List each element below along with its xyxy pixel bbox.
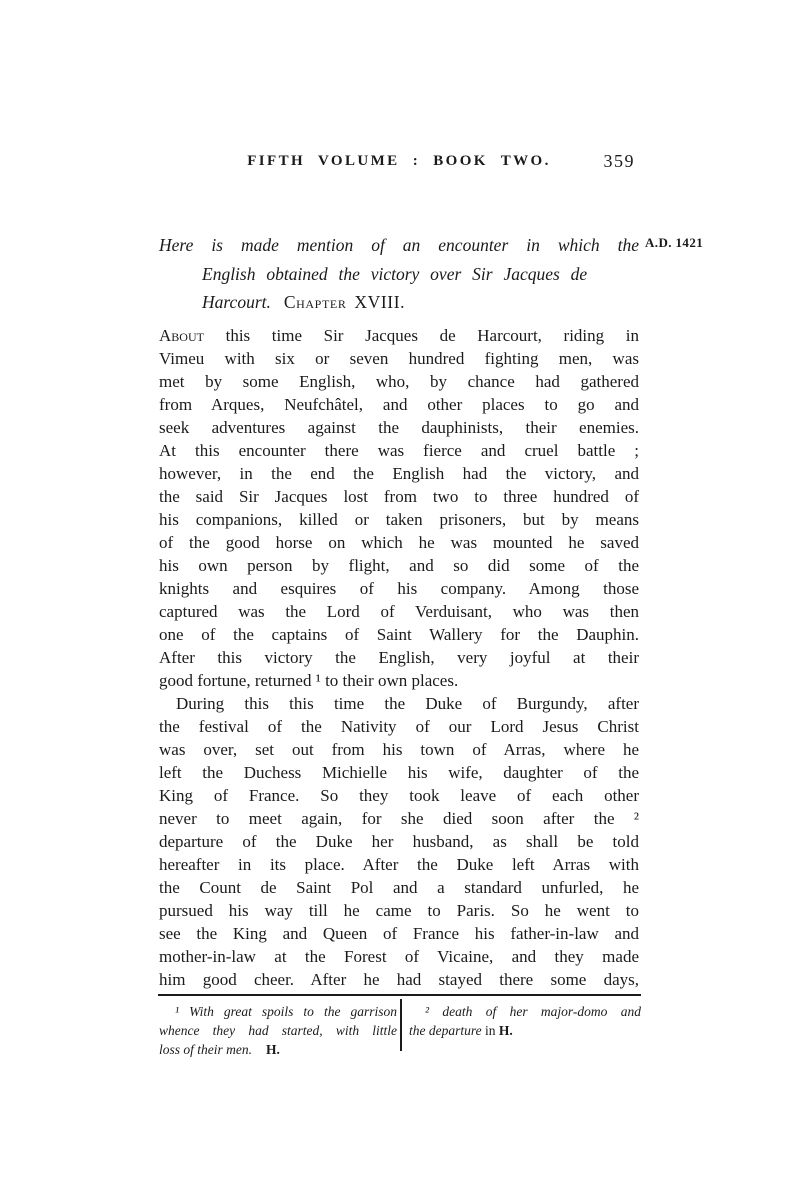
footnote-line: whence they had started, with little xyxy=(159,1021,397,1040)
footnote-text: in xyxy=(485,1023,496,1038)
body-line: from Arques, Neufchâtel, and other place… xyxy=(159,393,639,416)
running-header: FIFTH VOLUME : BOOK TWO. 359 xyxy=(159,153,639,175)
body-paragraph: During this this time the Duke of Burgun… xyxy=(159,692,639,991)
body-line: of the good horse on which he was mounte… xyxy=(159,531,639,554)
body-line: left the Duchess Michielle his wife, dau… xyxy=(159,761,639,784)
body-text: About this time Sir Jacques de Harcourt,… xyxy=(159,324,639,991)
body-line: After this victory the English, very joy… xyxy=(159,646,639,669)
footnote-right: ² death of her major-domo and the depart… xyxy=(409,1002,641,1040)
body-line: Vimeu with six or seven hundred fighting… xyxy=(159,347,639,370)
body-line: mother-in-law at the Forest of Vicaine, … xyxy=(159,945,639,968)
body-line: good fortune, returned ¹ to their own pl… xyxy=(159,669,639,692)
footnote-left: ¹ With great spoils to the garrison when… xyxy=(159,1002,397,1059)
body-line: was over, set out from his town of Arras… xyxy=(159,738,639,761)
body-line-text: this time Sir Jacques de Harcourt, ridin… xyxy=(226,326,639,345)
body-line: his own person by flight, and so did som… xyxy=(159,554,639,577)
chapter-heading-line: Here is made mention of an encounter in … xyxy=(159,231,639,260)
chapter-heading-line: Harcourt.Chapter XVIII. xyxy=(202,288,639,317)
body-line: seek adventures against the dauphinists,… xyxy=(159,416,639,439)
footnote-rule xyxy=(158,994,641,996)
body-line: never to meet again, for she died soon a… xyxy=(159,807,639,830)
source-mark: H. xyxy=(499,1023,513,1038)
book-page: FIFTH VOLUME : BOOK TWO. 359 Here is mad… xyxy=(0,0,801,1201)
footnote-text: the departure xyxy=(409,1023,482,1038)
body-line: captured was the Lord of Verduisant, who… xyxy=(159,600,639,623)
footnote-line: loss of their men.H. xyxy=(159,1040,397,1059)
body-line: see the King and Queen of France his fat… xyxy=(159,922,639,945)
body-line: him good cheer. After he had stayed ther… xyxy=(159,968,639,991)
body-line: King of France. So they took leave of ea… xyxy=(159,784,639,807)
footnote-column-divider xyxy=(400,999,402,1051)
body-line: About this time Sir Jacques de Harcourt,… xyxy=(159,324,639,347)
footnote-line: the departure in H. xyxy=(409,1021,641,1040)
body-line: one of the captains of Saint Wallery for… xyxy=(159,623,639,646)
opening-word: About xyxy=(159,326,204,345)
running-header-title: FIFTH VOLUME : BOOK TWO. xyxy=(159,153,639,170)
chapter-number-label: Chapter XVIII. xyxy=(284,292,405,312)
footnote-line: ² death of her major-domo and xyxy=(409,1002,641,1021)
footnote-line: ¹ With great spoils to the garrison xyxy=(159,1002,397,1021)
chapter-heading-line: English obtained the victory over Sir Ja… xyxy=(202,260,639,289)
body-line: knights and esquires of his company. Amo… xyxy=(159,577,639,600)
source-mark: H. xyxy=(266,1042,280,1057)
body-line: the festival of the Nativity of our Lord… xyxy=(159,715,639,738)
body-line: the Count de Saint Pol and a standard un… xyxy=(159,876,639,899)
margin-note-date: A.D. 1421 xyxy=(645,235,703,251)
body-line: departure of the Duke her husband, as sh… xyxy=(159,830,639,853)
chapter-heading: Here is made mention of an encounter in … xyxy=(159,231,639,317)
page-number: 359 xyxy=(604,151,636,172)
body-line: hereafter in its place. After the Duke l… xyxy=(159,853,639,876)
body-line: During this this time the Duke of Burgun… xyxy=(159,692,639,715)
body-line: At this encounter there was fierce and c… xyxy=(159,439,639,462)
footnote-text: loss of their men. xyxy=(159,1042,252,1057)
body-line: however, in the end the English had the … xyxy=(159,462,639,485)
page-text-block: FIFTH VOLUME : BOOK TWO. 359 Here is mad… xyxy=(159,153,639,991)
chapter-heading-name: Harcourt. xyxy=(202,292,271,312)
body-line: met by some English, who, by chance had … xyxy=(159,370,639,393)
body-paragraph: About this time Sir Jacques de Harcourt,… xyxy=(159,324,639,692)
body-line: his companions, killed or taken prisoner… xyxy=(159,508,639,531)
body-line: pursued his way till he came to Paris. S… xyxy=(159,899,639,922)
body-line: the said Sir Jacques lost from two to th… xyxy=(159,485,639,508)
